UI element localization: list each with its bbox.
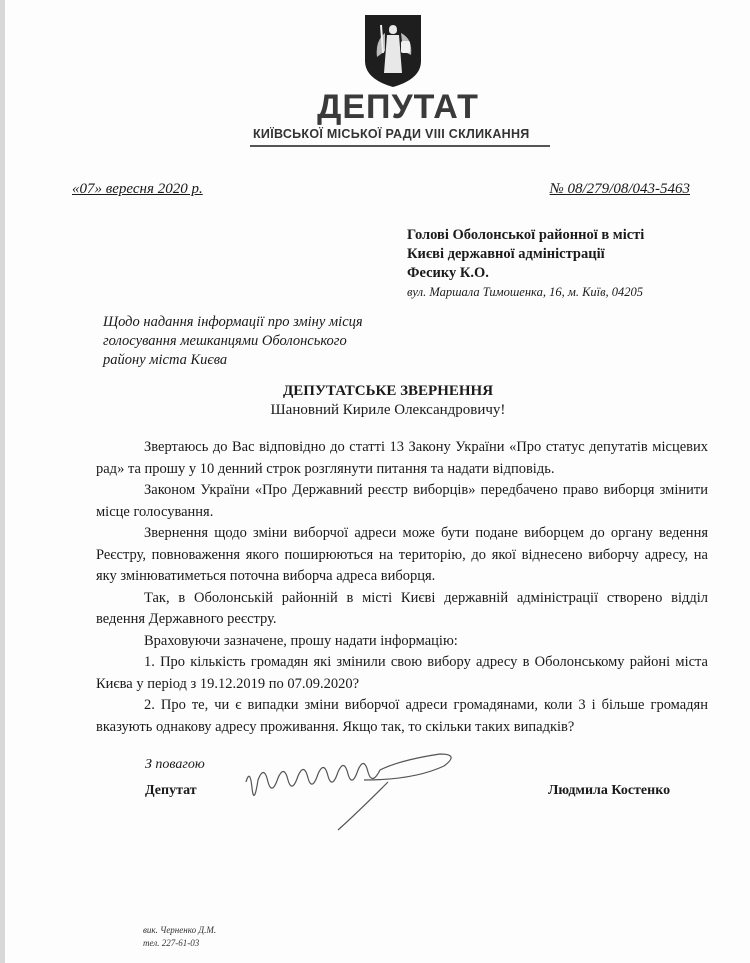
- addressee-line: Голові Оболонської районної в місті: [407, 226, 644, 245]
- letter-date: «07» вересня 2020 р.: [72, 181, 203, 198]
- letterhead-subtitle: КИЇВСЬКОЇ МІСЬКОЇ РАДИ VIII СКЛИКАННЯ: [253, 127, 530, 141]
- page-edge: [0, 0, 5, 963]
- body-paragraph: Законом України «Про Державний реєстр ви…: [96, 480, 708, 523]
- handwritten-signature-icon: [238, 752, 508, 832]
- signer-position: Депутат: [145, 783, 197, 799]
- letter-body: Звертаюсь до Вас відповідно до статті 13…: [96, 437, 708, 738]
- addressee-name: Фесику К.О.: [407, 264, 644, 283]
- appeal-title: ДЕПУТАТСЬКЕ ЗВЕРНЕННЯ: [13, 383, 750, 400]
- subject-line: Щодо надання інформації про зміну місця: [103, 313, 363, 332]
- body-paragraph: Звернення щодо зміни виборчої адреси мож…: [96, 523, 708, 588]
- subject-block: Щодо надання інформації про зміну місця …: [103, 313, 363, 370]
- footer-block: вик. Черненко Д.М. тел. 227-61-03: [143, 924, 216, 950]
- executor-phone: тел. 227-61-03: [143, 937, 216, 950]
- body-paragraph: Враховуючи зазначене, прошу надати інфор…: [96, 631, 708, 653]
- subject-line: голосування мешканцями Оболонського: [103, 332, 363, 351]
- closing-regards: З повагою: [145, 757, 205, 773]
- subject-line: району міста Києва: [103, 351, 363, 370]
- addressee-address: вул. Маршала Тимошенка, 16, м. Київ, 042…: [407, 283, 644, 302]
- signer-name: Людмила Костенко: [548, 783, 670, 799]
- body-list-item: 2. Про те, чи є випадки зміни виборчої а…: [96, 695, 708, 738]
- addressee-block: Голові Оболонської районної в місті Києв…: [407, 226, 644, 302]
- salutation: Шановний Кириле Олександровичу!: [13, 402, 750, 419]
- executor: вик. Черненко Д.М.: [143, 924, 216, 937]
- body-paragraph: Звертаюсь до Вас відповідно до статті 13…: [96, 437, 708, 480]
- letterhead-divider: [250, 145, 550, 147]
- body-paragraph: Так, в Оболонській районній в місті Києв…: [96, 588, 708, 631]
- registration-number: № 08/279/08/043-5463: [550, 181, 690, 198]
- addressee-line: Києві державної адміністрації: [407, 245, 644, 264]
- kyiv-coat-of-arms-icon: [363, 13, 423, 89]
- letterhead-title: ДЕПУТАТ: [23, 88, 750, 127]
- body-list-item: 1. Про кількість громадян які змінили св…: [96, 652, 708, 695]
